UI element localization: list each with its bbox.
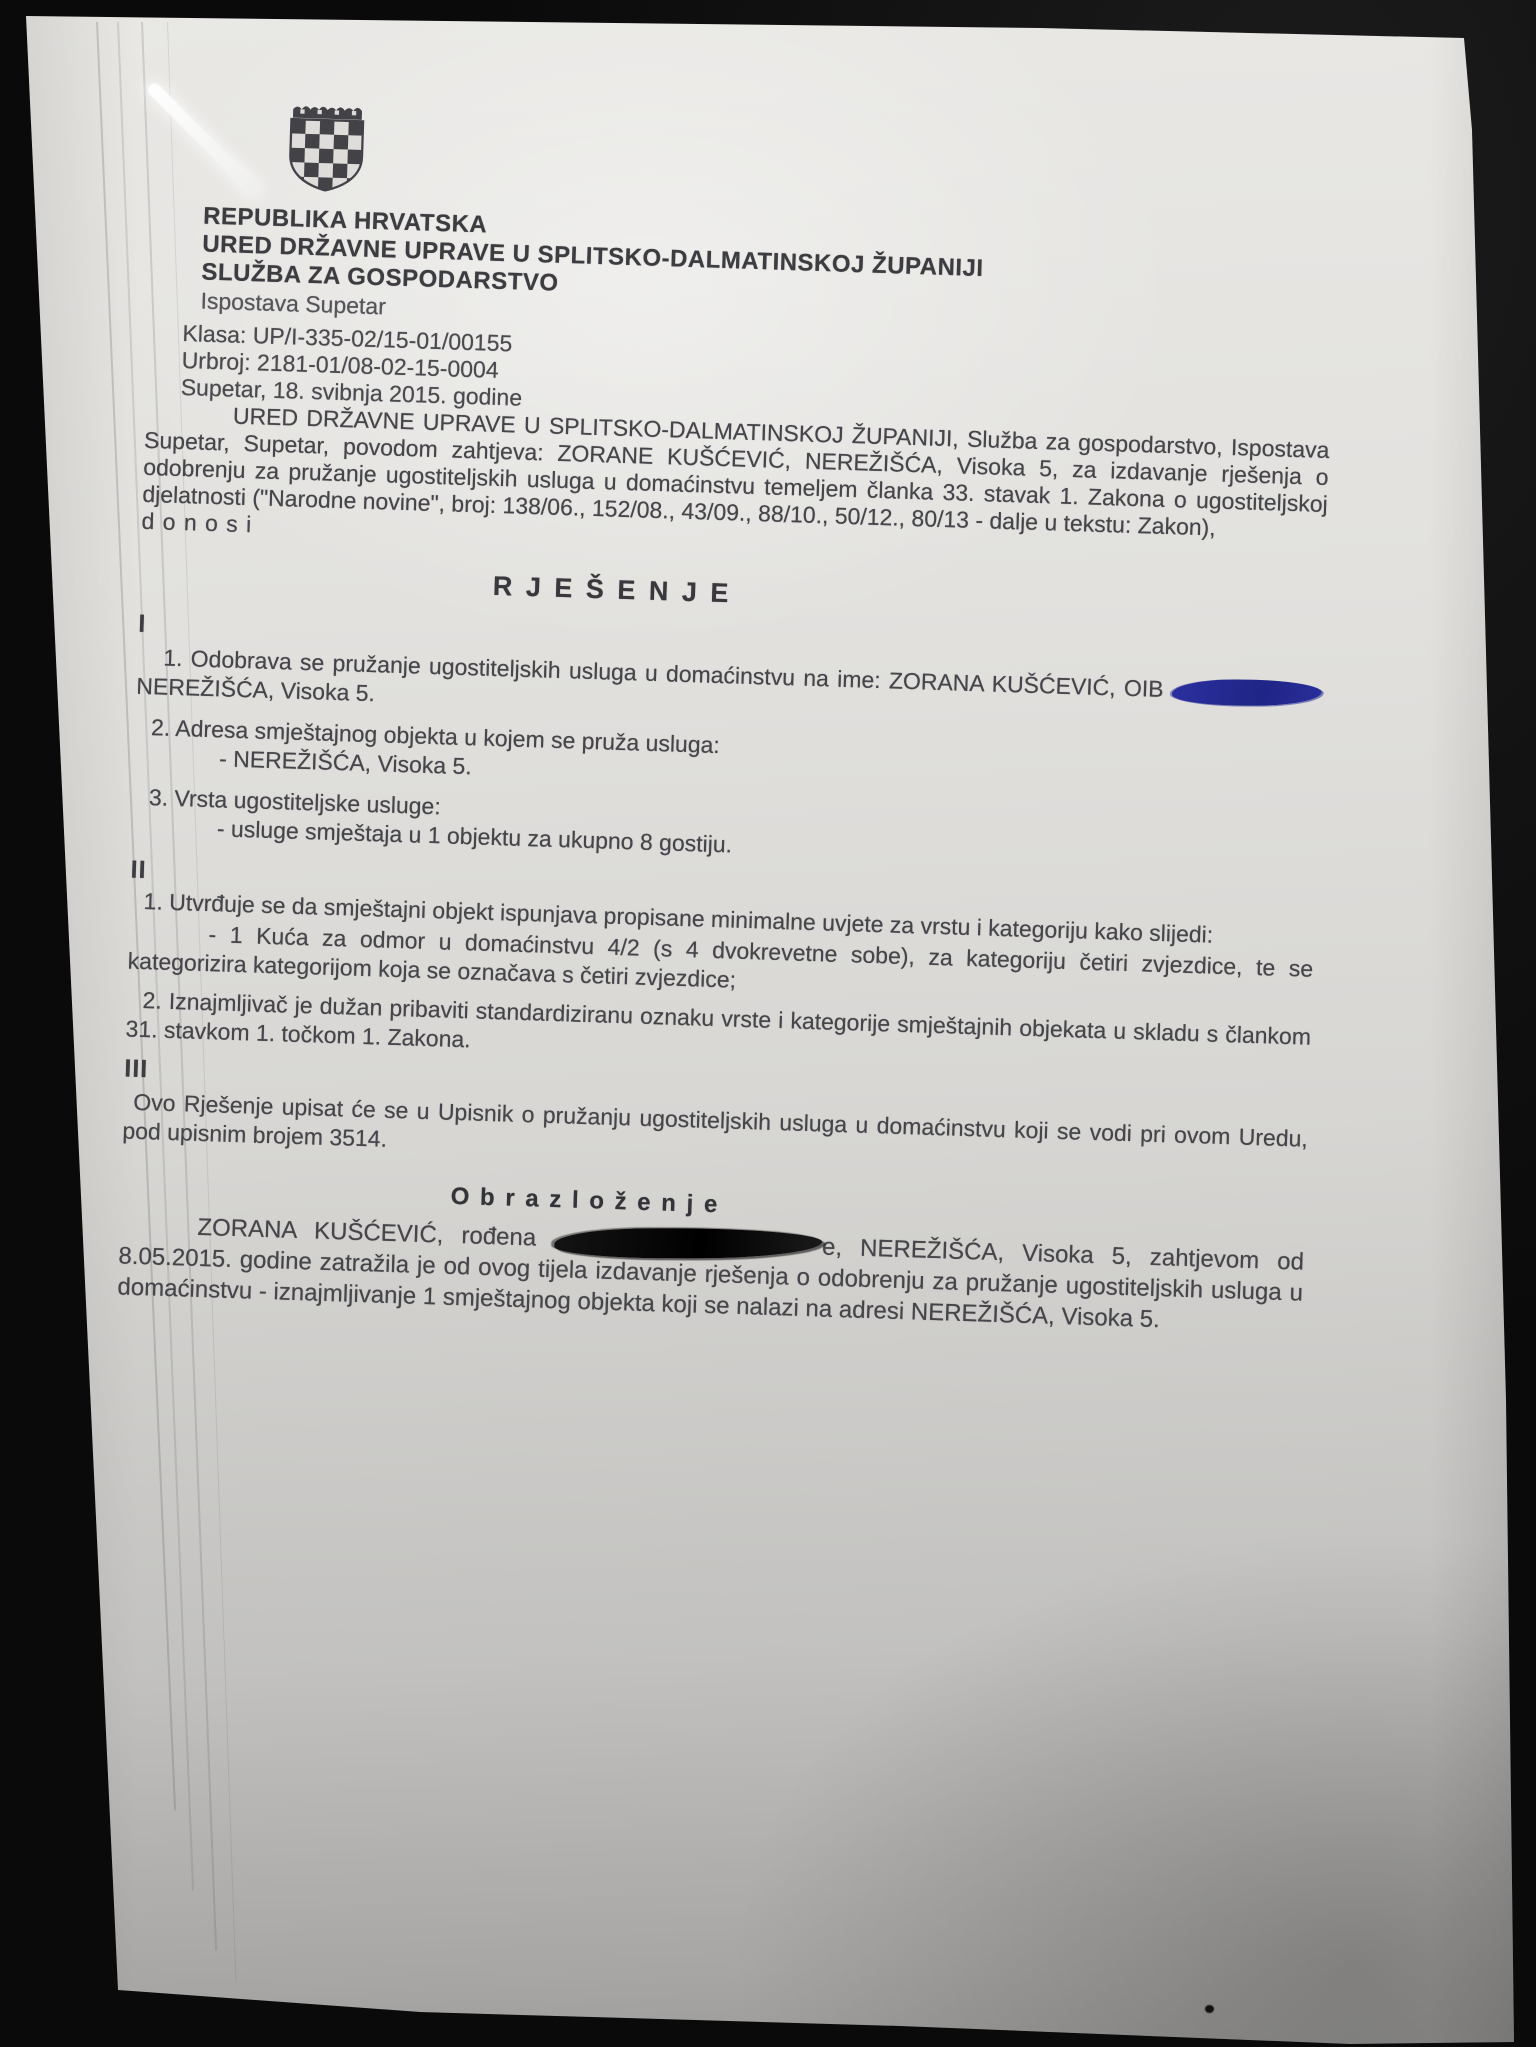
document-paper: REPUBLIKA HRVATSKA URED DRŽAVNE UPRAVE U… bbox=[0, 0, 1536, 2047]
photo-background: REPUBLIKA HRVATSKA URED DRŽAVNE UPRAVE U… bbox=[0, 0, 1536, 2047]
oib-redaction-blue-ink bbox=[1172, 679, 1322, 707]
birth-info-redaction-black-marker bbox=[554, 1228, 822, 1259]
document-content: REPUBLIKA HRVATSKA URED DRŽAVNE UPRAVE U… bbox=[117, 95, 1339, 1340]
item-1-text-after-redaction: NEREŽIŠĆA, Visoka 5. bbox=[136, 673, 375, 706]
ink-speck bbox=[1205, 2005, 1214, 2013]
